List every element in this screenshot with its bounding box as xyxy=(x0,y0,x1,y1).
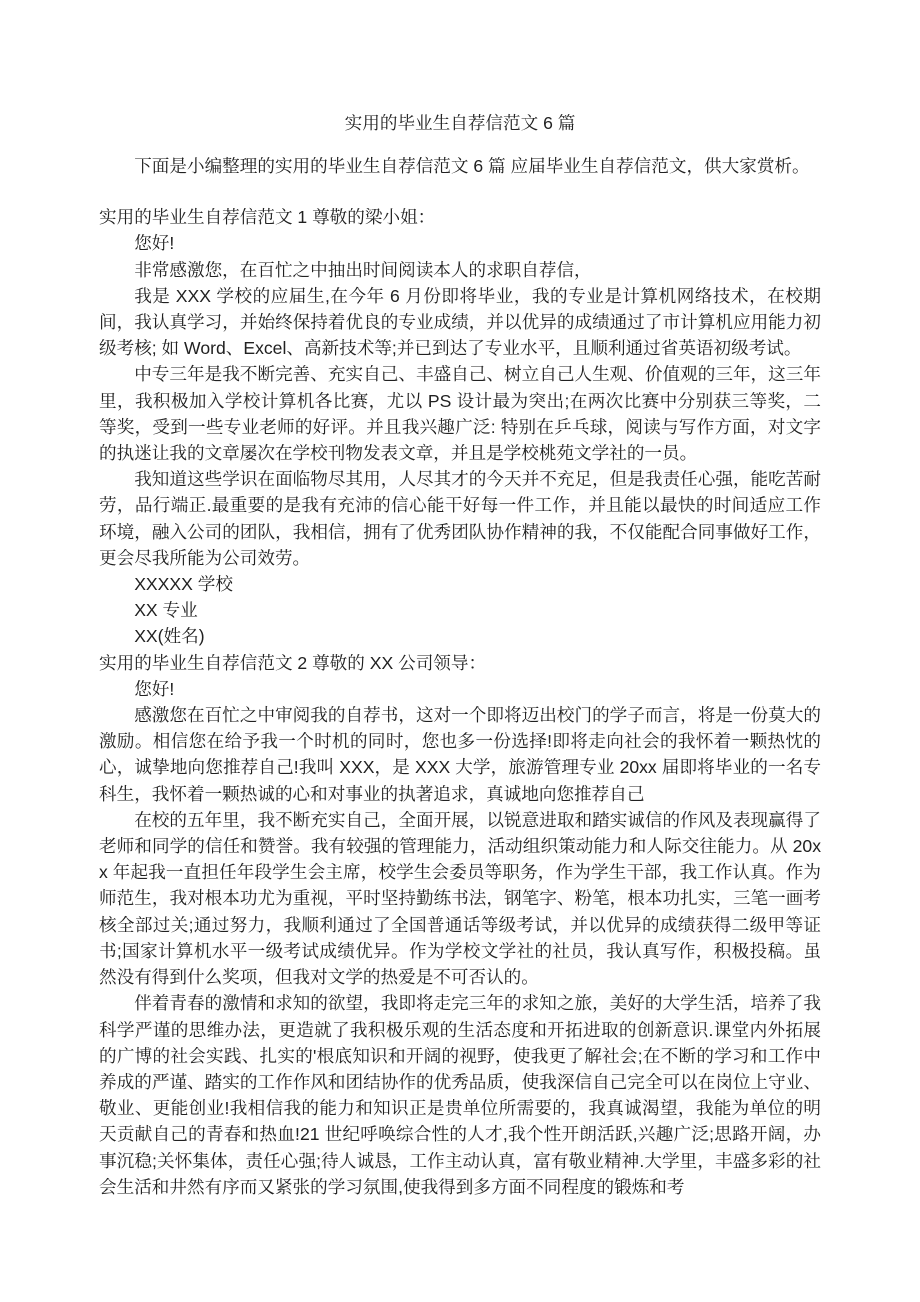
document-body: 下面是小编整理的实用的毕业生自荐信范文 6 篇 应届毕业生自荐信范文，供大家赏析… xyxy=(99,153,821,1200)
paragraph: 我知道这些学识在面临物尽其用，人尽其才的今天并不充足，但是我责任心强，能吃苦耐劳… xyxy=(99,466,821,571)
paragraph: XX 专业 xyxy=(99,597,821,623)
paragraph: 您好! xyxy=(99,676,821,702)
paragraph: XXXXX 学校 xyxy=(99,571,821,597)
paragraph: 感激您在百忙之中审阅我的自荐书，这对一个即将迈出校门的学子而言，将是一份莫大的激… xyxy=(99,702,821,807)
paragraph: 非常感激您，在百忙之中抽出时间阅读本人的求职自荐信， xyxy=(99,257,821,283)
document-title: 实用的毕业生自荐信范文 6 篇 xyxy=(99,110,821,136)
paragraph: 我是 XXX 学校的应届生,在今年 6 月份即将毕业，我的专业是计算机网络技术，… xyxy=(99,283,821,362)
paragraph: 伴着青春的激情和求知的欲望，我即将走完三年的求知之旅，美好的大学生活，培养了我科… xyxy=(99,990,821,1200)
paragraph: 下面是小编整理的实用的毕业生自荐信范文 6 篇 应届毕业生自荐信范文，供大家赏析… xyxy=(99,153,821,179)
paragraph: 中专三年是我不断完善、充实自己、丰盛自己、树立自己人生观、价值观的三年，这三年里… xyxy=(99,361,821,466)
document-page: 实用的毕业生自荐信范文 6 篇 下面是小编整理的实用的毕业生自荐信范文 6 篇 … xyxy=(0,0,920,1302)
paragraph: 在校的五年里，我不断充实自己，全面开展，以锐意进取和踏实诚信的作风及表现赢得了老… xyxy=(99,807,821,990)
paragraph: 实用的毕业生自荐信范文 1 尊敬的梁小姐： xyxy=(99,204,821,230)
paragraph: 实用的毕业生自荐信范文 2 尊敬的 XX 公司领导： xyxy=(99,650,821,676)
paragraph: XX(姓名) xyxy=(99,623,821,649)
paragraph: 您好! xyxy=(99,230,821,256)
